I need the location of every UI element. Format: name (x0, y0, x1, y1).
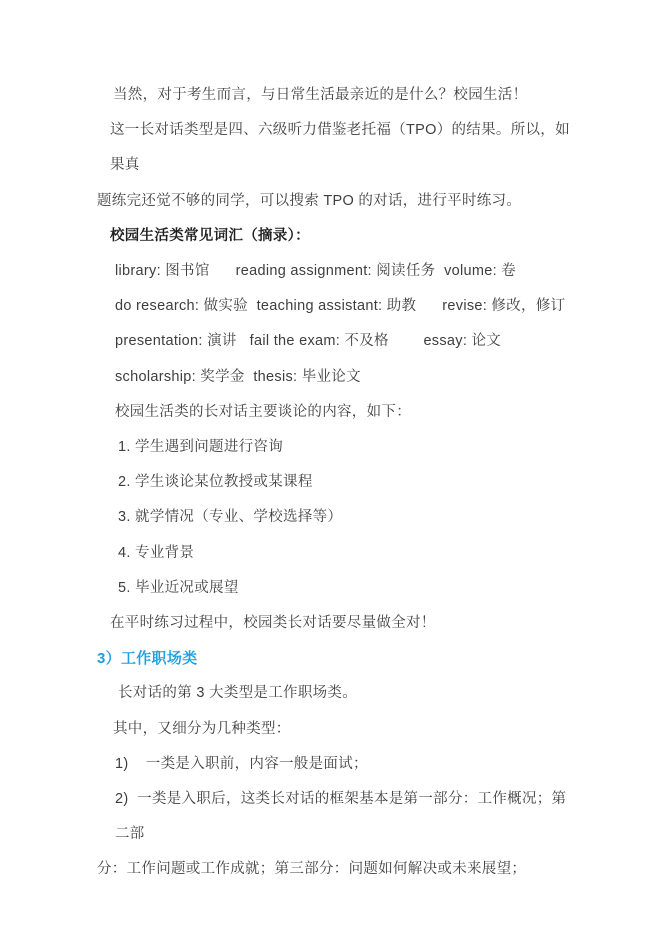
text-line: 2. 学生谈论某位教授或某课程 (97, 465, 575, 500)
text-line: 其中，又细分为几种类型： (97, 712, 575, 747)
section-heading: 3）工作职场类 (97, 641, 575, 676)
text-line: 1) 一类是入职前，内容一般是面试； (97, 747, 575, 782)
text-line: 2) 一类是入职后，这类长对话的框架基本是第一部分：工作概况；第二部 (97, 782, 575, 852)
text-line: 4. 专业背景 (97, 536, 575, 571)
text-line: 校园生活类常见词汇（摘录）： (97, 219, 575, 254)
text-line: 长对话的第 3 大类型是工作职场类。 (97, 676, 575, 711)
document-text-block: 当然，对于考生而言，与日常生活最亲近的是什么？校园生活！这一长对话类型是四、六级… (97, 78, 575, 888)
text-line: 题练完还觉不够的同学，可以搜索 TPO 的对话，进行平时练习。 (97, 184, 575, 219)
text-line: scholarship: 奖学金 thesis: 毕业论文 (97, 360, 575, 395)
text-line: presentation: 演讲 fail the exam: 不及格 essa… (97, 324, 575, 359)
text-line: do research: 做实验 teaching assistant: 助教 … (97, 289, 575, 324)
text-line: library: 图书馆 reading assignment: 阅读任务 vo… (97, 254, 575, 289)
text-line: 当然，对于考生而言，与日常生活最亲近的是什么？校园生活！ (97, 78, 575, 113)
text-line: 这一长对话类型是四、六级听力借鉴老托福（TPO）的结果。所以，如果真 (97, 113, 575, 183)
text-line: 分：工作问题或工作成就；第三部分：问题如何解决或未来展望； (97, 852, 575, 887)
text-line: 1. 学生遇到问题进行咨询 (97, 430, 575, 465)
text-line: 5. 毕业近况或展望 (97, 571, 575, 606)
document-page: 当然，对于考生而言，与日常生活最亲近的是什么？校园生活！这一长对话类型是四、六级… (0, 0, 660, 933)
text-line: 3. 就学情况（专业、学校选择等） (97, 500, 575, 535)
text-line: 校园生活类的长对话主要谈论的内容，如下： (97, 395, 575, 430)
text-line: 在平时练习过程中，校园类长对话要尽量做全对！ (97, 606, 575, 641)
